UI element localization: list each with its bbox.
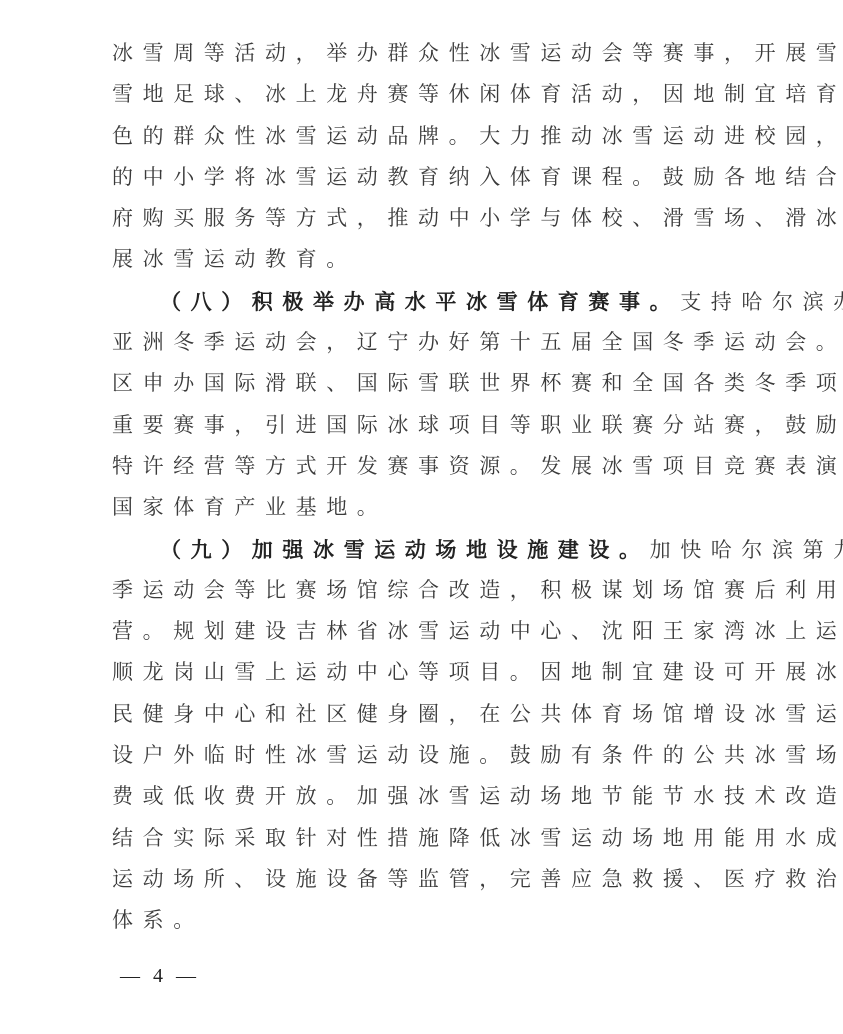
section-8-text: 支持哈尔滨办好第九届 xyxy=(680,290,843,314)
page-number: — 4 — xyxy=(120,965,200,988)
paragraph-line: 特许经营等方式开发赛事资源。发展冰雪项目竞赛表演产业，创建 xyxy=(112,446,732,487)
paragraph-line: 民健身中心和社区健身圈，在公共体育场馆增设冰雪运动场地，建 xyxy=(112,694,732,735)
paragraph-line: 季运动会等比赛场馆综合改造，积极谋划场馆赛后利用和多季节运 xyxy=(112,570,732,611)
section-9-first-line: （九）加强冰雪运动场地设施建设。加快哈尔滨第九届亚洲冬 xyxy=(112,529,732,570)
section-9-heading: （九）加强冰雪运动场地设施建设。 xyxy=(160,537,650,562)
paragraph-line: 区申办国际滑联、国际雪联世界杯赛和全国各类冬季项目锦标赛等 xyxy=(112,363,732,404)
paragraph-line: 结合实际采取针对性措施降低冰雪运动场地用能用水成本。强化对 xyxy=(112,818,732,859)
document-page: 冰雪周等活动，举办群众性冰雪运动会等赛事，开展雪地马拉松、 雪地足球、冰上龙舟赛… xyxy=(112,33,732,942)
paragraph-line: 展冰雪运动教育。 xyxy=(112,239,732,280)
paragraph-line: 重要赛事，引进国际冰球项目等职业联赛分站赛，鼓励通过冠名、 xyxy=(112,405,732,446)
paragraph-line: 运动场所、设施设备等监管，完善应急救援、医疗救治等安全保障 xyxy=(112,859,732,900)
section-9-text: 加快哈尔滨第九届亚洲冬 xyxy=(650,538,843,562)
paragraph-line: 顺龙岗山雪上运动中心等项目。因地制宜建设可开展冰雪运动的全 xyxy=(112,652,732,693)
paragraph-line: 府购买服务等方式，推动中小学与体校、滑雪场、滑冰场等合作开 xyxy=(112,198,732,239)
paragraph-line: 冰雪周等活动，举办群众性冰雪运动会等赛事，开展雪地马拉松、 xyxy=(112,33,732,74)
paragraph-line: 费或低收费开放。加强冰雪运动场地节能节水技术改造，鼓励地方 xyxy=(112,776,732,817)
section-8-first-line: （八）积极举办高水平冰雪体育赛事。支持哈尔滨办好第九届 xyxy=(112,281,732,322)
paragraph-line: 营。规划建设吉林省冰雪运动中心、沈阳王家湾冰上运动中心、抚 xyxy=(112,611,732,652)
paragraph-line: 体系。 xyxy=(112,900,732,941)
paragraph-line: 设户外临时性冰雪运动设施。鼓励有条件的公共冰雪场馆向社会免 xyxy=(112,735,732,776)
paragraph-line: 色的群众性冰雪运动品牌。大力推动冰雪运动进校园，支持有条件 xyxy=(112,116,732,157)
paragraph-line: 雪地足球、冰上龙舟赛等休闲体育活动，因地制宜培育具有地域特 xyxy=(112,74,732,115)
section-8-heading: （八）积极举办高水平冰雪体育赛事。 xyxy=(160,289,680,314)
paragraph-line: 的中小学将冰雪运动教育纳入体育课程。鼓励各地结合实际通过政 xyxy=(112,157,732,198)
paragraph-line: 亚洲冬季运动会，辽宁办好第十五届全国冬季运动会。支持东北地 xyxy=(112,322,732,363)
paragraph-line: 国家体育产业基地。 xyxy=(112,487,732,528)
